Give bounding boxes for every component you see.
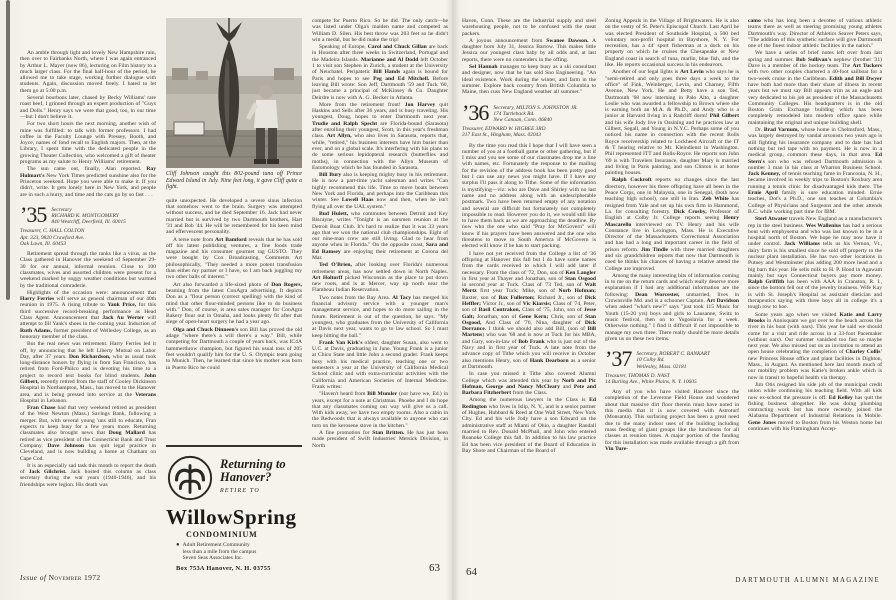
- paragraph: Two notes from the Bay Area. Al Tacy has…: [312, 295, 448, 339]
- ad-bullet-text: Adult Retirement Communityless than a mi…: [183, 542, 257, 561]
- class-year-numeral-37: ’37: [605, 349, 631, 368]
- text-line: Wellesley, Mass. 02181: [636, 364, 710, 370]
- left-column-1: An amble through light and lovely New Ha…: [20, 18, 156, 572]
- class-1934-notes-end: An amble through light and lovely New Ha…: [20, 50, 156, 198]
- magazine-footer: DARTMOUTH ALUMNI MAGAZINE: [736, 577, 880, 584]
- ad-subhead: RETIRE TO: [220, 488, 302, 494]
- page-gutter-shadow: [446, 0, 460, 600]
- right-column-3: camo who has long been a devotee of vari…: [748, 18, 882, 572]
- class-1936-notes-continued: Zoning Appeals in the Village of Brightw…: [605, 18, 739, 342]
- class-1936-heading: ’36 Secretary, MILTON S. JOHNSTON JR.174…: [462, 103, 596, 139]
- class-1936-heading-top: ’36 Secretary, MILTON S. JOHNSTON JR.174…: [462, 103, 596, 124]
- class-1935-notes-col3: compete for Puerto Rico. So he did. The …: [312, 18, 448, 449]
- class-1937-treasurer: Treasurer, THOMAS D. NAST14 Burling Ave.…: [605, 373, 739, 385]
- bullet-dot-icon: ●: [176, 542, 180, 561]
- class-1935-notes-continued: quite unexpected. He developed a severe …: [166, 198, 302, 372]
- paragraph: Fran Chase had that very weekend retired…: [20, 405, 156, 462]
- paragraph: A terse note from Art Bamford reveals th…: [166, 237, 302, 281]
- paragraph: Art also forwarded a life-sized photo of…: [166, 282, 302, 326]
- ad-top-row: Returning to Hanover? RETIRE TO: [166, 454, 302, 504]
- class-1937-heading: ’37 Secretary, ROBERT C. BANKART10 Colby…: [605, 349, 739, 385]
- paragraph: Olga and Chuck Dinneen's son Bill has pr…: [166, 327, 302, 371]
- class-1937-secretary: Secretary, ROBERT C. BANKART10 Colby Rd.…: [636, 349, 710, 370]
- class-1935-heading: ’35 SecretaryRICHARD K. MONTGOMERY840 We…: [20, 205, 156, 247]
- tuna-photo: [166, 18, 302, 168]
- paragraph: Ralph Cockroft reports no changes since …: [605, 177, 739, 271]
- class-1937-heading-top: ’37 Secretary, ROBERT C. BANKART10 Colby…: [605, 349, 739, 370]
- paragraph: But the real news was retirement. Harry …: [20, 341, 156, 404]
- issue-footer-date: November 1972: [49, 573, 101, 582]
- class-1936-notes: By the time you read this I hope that I …: [462, 143, 596, 455]
- ad-headline-group: Returning to Hanover? RETIRE TO: [220, 454, 302, 494]
- tuna-photo-block: Cliff Johnson caught this 802-pound tuna…: [166, 18, 302, 195]
- page-number-64: 64: [466, 566, 477, 578]
- text-line: 840 Westcliff, Deerfield, Ill. 60015: [51, 219, 126, 225]
- paragraph: Frank Van Kirk's oldest, daughter Susan,…: [312, 340, 448, 390]
- paragraph: In case you missed it Tithe also covered…: [462, 371, 596, 396]
- text-line: 317 East St., Hingham, Mass. 02043: [462, 132, 596, 138]
- text-line: Secretary, MILTON S. JOHNSTON JR.: [493, 105, 577, 111]
- ad-address: Box 753A Hanover, N. H. 03755: [176, 566, 302, 572]
- issue-footer: Issue of November 1972: [20, 573, 101, 582]
- class-1936-secretary: Secretary, MILTON S. JOHNSTON JR.174 Tur…: [493, 103, 577, 124]
- paragraph: quite unexpected. He developed a severe …: [166, 198, 302, 236]
- ad-headline: Returning to Hanover?: [220, 454, 302, 484]
- paragraph: Bud Hulett, who commutes between Detroit…: [312, 211, 448, 261]
- paragraph: Among the many interesting bits of infor…: [605, 273, 739, 342]
- paragraph: A joyous announcement from Swanee Dawson…: [462, 38, 596, 63]
- paragraph: Bill Bury also is keeping mighty busy in…: [312, 172, 448, 210]
- class-1937-notes: Any of you who have visited Hanover sinc…: [605, 389, 739, 452]
- text-line: Seven Seas Associates Inc.: [183, 555, 257, 561]
- paragraph: Jim Otis resigned his side job of the mu…: [748, 382, 882, 432]
- class-1935-heading-top: ’35 SecretaryRICHARD K. MONTGOMERY840 We…: [20, 205, 156, 226]
- class-1937-notes-continued: camo who has long been a devotee of vari…: [748, 18, 882, 432]
- right-page-columns: Haven, Conn. These are the industrial su…: [462, 18, 882, 572]
- class-year-numeral-36: ’36: [462, 103, 488, 122]
- photo-caption: Cliff Johnson caught this 802-pound tuna…: [166, 171, 302, 191]
- paragraph: Retirement spread through the ranks like…: [20, 251, 156, 289]
- paragraph: The sun came out, finally, Alan reported…: [20, 166, 156, 197]
- class-1935-notes: Retirement spread through the ranks like…: [20, 251, 156, 488]
- paragraph: Some years ago when we visited Katie and…: [748, 312, 882, 381]
- paragraph: Haven, Conn. These are the industrial su…: [462, 18, 596, 37]
- right-column-2: Zoning Appeals in the Village of Brightw…: [605, 18, 739, 572]
- paragraph: Speaking of Europe, Carol and Chuck Gill…: [312, 44, 448, 101]
- right-page: Haven, Conn. These are the industrial su…: [452, 0, 896, 600]
- paragraph: Among the numerous lawyers in the Class …: [462, 397, 596, 454]
- class-1936-treasurer: Treasurer, EDWARD W. HIGBEE 3RD317 East …: [462, 126, 596, 138]
- left-column-2: Cliff Johnson caught this 802-pound tuna…: [166, 18, 302, 572]
- ad-bullet-item: ● Adult Retirement Communityless than a …: [176, 542, 302, 561]
- paragraph: Sel Hannah manages to keep busy as a ski…: [462, 64, 596, 95]
- paragraph: Dr. Brad Varnum, whose home in Chelmsfor…: [748, 127, 882, 215]
- paragraph: We have a series of brief notes left ove…: [748, 50, 882, 126]
- left-page-columns: An amble through light and lovely New Ha…: [20, 18, 448, 572]
- paragraph: More from the retirement front! Jon Harv…: [312, 102, 448, 171]
- ad-building-type: CONDOMINIUM: [186, 532, 302, 538]
- paragraph: Highlights of the occasion were: announc…: [20, 290, 156, 340]
- page-number-63: 63: [429, 562, 440, 574]
- paragraph: Another of our legal lights is Art Levin…: [605, 69, 739, 176]
- class-1935-secretary: SecretaryRICHARD K. MONTGOMERY840 Westcl…: [51, 205, 126, 226]
- text-line: Oak Lawn, Ill. 60453: [20, 241, 156, 247]
- paragraph: Any of you who have visited Hanover sinc…: [605, 389, 739, 452]
- paragraph: It is an especially sad task this month …: [20, 463, 156, 488]
- paragraph: By the time you read this I hope that I …: [462, 143, 596, 250]
- paragraph: camo who has long been a devotee of vari…: [748, 18, 882, 49]
- paragraph: "Haven't heard from Bill Mumler (nor hav…: [312, 391, 448, 429]
- paragraph: For two short hours the next morning, an…: [20, 121, 156, 165]
- text-line: 14 Burling Ave., White Plains, N. Y. 106…: [605, 379, 739, 385]
- tuna-photo-illustration: [166, 18, 302, 168]
- paragraph: Zoning Appeals in the Village of Brightw…: [605, 18, 739, 68]
- ad-brand-name: WillowSpring: [166, 507, 302, 528]
- text-line: Adult Retirement Community: [183, 542, 257, 548]
- class-1935-treasurer: Treasurer, C. HALL COLTONApt. 323, 9820 …: [20, 228, 156, 247]
- text-line: New Canaan, Conn. 06840: [493, 117, 577, 123]
- left-page: An amble through light and lovely New Ha…: [0, 0, 452, 600]
- class-year-numeral-35: ’35: [20, 205, 46, 224]
- willowspring-tree-logo-icon: [166, 454, 214, 504]
- scan-page-edge: [6, 0, 10, 300]
- paragraph: An amble through light and lovely New Ha…: [20, 50, 156, 94]
- paragraph: Several bourbons later, chased by Becky …: [20, 95, 156, 120]
- left-column-3: compete for Puerto Rico. So he did. The …: [312, 18, 448, 572]
- issue-footer-prefix: Issue of: [20, 573, 46, 582]
- paragraph: compete for Puerto Rico. So he did. The …: [312, 18, 448, 43]
- paragraph: Ted O'Brien, after looking over Florida'…: [312, 262, 448, 293]
- class-1935-notes-end: Haven, Conn. These are the industrial su…: [462, 18, 596, 96]
- willowspring-ad: Returning to Hanover? RETIRE TO WillowSp…: [166, 445, 302, 572]
- paragraph: I have not yet received from the College…: [462, 251, 596, 371]
- paragraph: A fine promotion for Stan Britten. He ha…: [312, 430, 448, 449]
- right-column-1: Haven, Conn. These are the industrial su…: [462, 18, 596, 572]
- paragraph: Sterl Atwater travels New England as a m…: [748, 216, 882, 310]
